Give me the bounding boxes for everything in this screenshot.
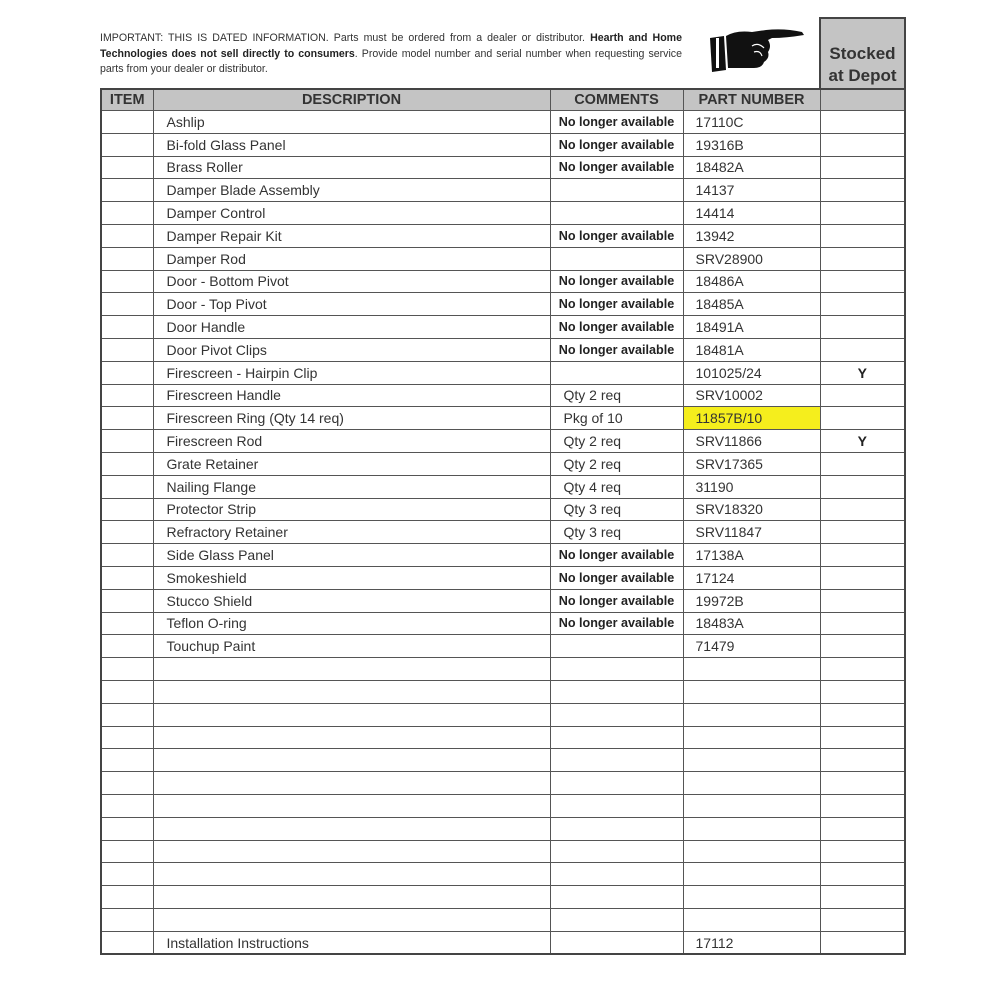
part-number-cell: 17112 [683, 931, 820, 954]
stocked-cell [820, 794, 905, 817]
description-cell: Brass Roller [153, 156, 550, 179]
item-cell [101, 202, 153, 225]
description-cell: Bi-fold Glass Panel [153, 133, 550, 156]
table-row: Firescreen Ring (Qty 14 req)Pkg of 10118… [101, 407, 905, 430]
table-row [101, 817, 905, 840]
stocked-cell [820, 908, 905, 931]
column-header-item: ITEM [101, 89, 153, 111]
stocked-cell [820, 407, 905, 430]
part-number-cell [683, 840, 820, 863]
table-row [101, 658, 905, 681]
item-cell [101, 407, 153, 430]
description-cell: Door Handle [153, 316, 550, 339]
comment-cell [550, 749, 683, 772]
table-row [101, 749, 905, 772]
description-cell: Nailing Flange [153, 475, 550, 498]
item-cell [101, 498, 153, 521]
part-number-cell: SRV10002 [683, 384, 820, 407]
table-row: Firescreen RodQty 2 reqSRV11866Y [101, 430, 905, 453]
comment-cell [550, 703, 683, 726]
stocked-cell [820, 384, 905, 407]
stocked-cell [820, 772, 905, 795]
description-cell: Teflon O-ring [153, 612, 550, 635]
table-row [101, 908, 905, 931]
part-number-cell: 31190 [683, 475, 820, 498]
table-row: AshlipNo longer available17110C [101, 111, 905, 134]
table-row: Refractory RetainerQty 3 reqSRV11847 [101, 521, 905, 544]
description-cell: Door - Bottom Pivot [153, 270, 550, 293]
stocked-cell [820, 338, 905, 361]
stocked-cell [820, 658, 905, 681]
notice-text: IMPORTANT: THIS IS DATED INFORMATION. Pa… [100, 32, 590, 44]
table-row [101, 886, 905, 909]
stocked-cell [820, 840, 905, 863]
item-cell [101, 931, 153, 954]
stocked-cell [820, 156, 905, 179]
item-cell [101, 111, 153, 134]
item-cell [101, 817, 153, 840]
description-cell: Protector Strip [153, 498, 550, 521]
table-row [101, 772, 905, 795]
table-row: Stucco ShieldNo longer available19972B [101, 589, 905, 612]
stocked-cell [820, 566, 905, 589]
description-cell [153, 886, 550, 909]
table-row: Teflon O-ringNo longer available18483A [101, 612, 905, 635]
item-cell [101, 224, 153, 247]
table-row: Bi-fold Glass PanelNo longer available19… [101, 133, 905, 156]
comment-cell [550, 179, 683, 202]
part-number-cell: 11857B/10 [683, 407, 820, 430]
description-cell [153, 658, 550, 681]
comment-cell [550, 680, 683, 703]
stocked-cell [820, 544, 905, 567]
item-cell [101, 566, 153, 589]
item-cell [101, 908, 153, 931]
pointing-hand-icon [706, 24, 806, 76]
item-cell [101, 886, 153, 909]
table-row: Nailing FlangeQty 4 req31190 [101, 475, 905, 498]
item-cell [101, 179, 153, 202]
item-cell [101, 338, 153, 361]
stocked-cell: Y [820, 430, 905, 453]
table-row [101, 840, 905, 863]
part-number-cell: 71479 [683, 635, 820, 658]
table-row: Door - Top PivotNo longer available18485… [101, 293, 905, 316]
table-row: Door Pivot ClipsNo longer available18481… [101, 338, 905, 361]
part-number-cell: 101025/24 [683, 361, 820, 384]
stocked-cell [820, 703, 905, 726]
part-number-cell: 13942 [683, 224, 820, 247]
part-number-cell: 14414 [683, 202, 820, 225]
description-cell [153, 703, 550, 726]
comment-cell: No longer available [550, 133, 683, 156]
comment-cell [550, 840, 683, 863]
part-number-cell: SRV17365 [683, 452, 820, 475]
description-cell [153, 680, 550, 703]
stocked-cell [820, 886, 905, 909]
item-cell [101, 749, 153, 772]
comment-cell: No longer available [550, 224, 683, 247]
table-row [101, 863, 905, 886]
stocked-cell [820, 475, 905, 498]
comment-cell: Qty 2 req [550, 384, 683, 407]
table-row: Firescreen HandleQty 2 reqSRV10002 [101, 384, 905, 407]
item-cell [101, 863, 153, 886]
description-cell: Firescreen Rod [153, 430, 550, 453]
table-row [101, 794, 905, 817]
comment-cell: Qty 2 req [550, 452, 683, 475]
table-row: Damper Control14414 [101, 202, 905, 225]
part-number-cell [683, 749, 820, 772]
stocked-cell [820, 863, 905, 886]
table-row: Grate RetainerQty 2 reqSRV17365 [101, 452, 905, 475]
stocked-cell [820, 316, 905, 339]
comment-cell: No longer available [550, 544, 683, 567]
table-row: Side Glass PanelNo longer available17138… [101, 544, 905, 567]
comment-cell: No longer available [550, 589, 683, 612]
comment-cell [550, 635, 683, 658]
stocked-cell [820, 293, 905, 316]
item-cell [101, 316, 153, 339]
description-cell [153, 794, 550, 817]
item-cell [101, 794, 153, 817]
part-number-cell [683, 908, 820, 931]
comment-cell: No longer available [550, 270, 683, 293]
stocked-cell [820, 726, 905, 749]
comment-cell: No longer available [550, 156, 683, 179]
comment-cell: Pkg of 10 [550, 407, 683, 430]
stocked-cell [820, 612, 905, 635]
comment-cell: Qty 3 req [550, 498, 683, 521]
description-cell [153, 726, 550, 749]
table-header-row: ITEM DESCRIPTION COMMENTS PART NUMBER [101, 89, 905, 111]
comment-cell: No longer available [550, 338, 683, 361]
item-cell [101, 612, 153, 635]
stocked-cell [820, 111, 905, 134]
item-cell [101, 680, 153, 703]
part-number-cell: SRV18320 [683, 498, 820, 521]
part-number-cell: 19316B [683, 133, 820, 156]
part-number-cell: 19972B [683, 589, 820, 612]
comment-cell [550, 658, 683, 681]
comment-cell [550, 794, 683, 817]
table-row: Damper Blade Assembly14137 [101, 179, 905, 202]
part-number-cell [683, 726, 820, 749]
comment-cell: Qty 4 req [550, 475, 683, 498]
part-number-cell [683, 794, 820, 817]
description-cell: Ashlip [153, 111, 550, 134]
part-number-cell: 17110C [683, 111, 820, 134]
stocked-cell [820, 202, 905, 225]
table-row [101, 680, 905, 703]
stocked-cell [820, 931, 905, 954]
stocked-cell [820, 749, 905, 772]
comment-cell: No longer available [550, 111, 683, 134]
item-cell [101, 430, 153, 453]
description-cell: Firescreen Handle [153, 384, 550, 407]
description-cell: Damper Control [153, 202, 550, 225]
item-cell [101, 703, 153, 726]
part-number-cell: 18486A [683, 270, 820, 293]
part-number-cell [683, 680, 820, 703]
comment-cell [550, 726, 683, 749]
column-header-comments: COMMENTS [550, 89, 683, 111]
part-number-cell [683, 772, 820, 795]
table-row: Touchup Paint71479 [101, 635, 905, 658]
part-number-cell: SRV28900 [683, 247, 820, 270]
description-cell: Damper Blade Assembly [153, 179, 550, 202]
part-number-cell: 17138A [683, 544, 820, 567]
column-header-part-number: PART NUMBER [683, 89, 820, 111]
table-row: Firescreen - Hairpin Clip101025/24Y [101, 361, 905, 384]
stocked-cell [820, 247, 905, 270]
part-number-cell [683, 703, 820, 726]
part-number-cell: 18483A [683, 612, 820, 635]
column-header-stocked-spacer [820, 89, 905, 111]
description-cell: Door Pivot Clips [153, 338, 550, 361]
comment-cell [550, 863, 683, 886]
table-row [101, 703, 905, 726]
description-cell: Door - Top Pivot [153, 293, 550, 316]
description-cell: Stucco Shield [153, 589, 550, 612]
item-cell [101, 247, 153, 270]
comment-cell: Qty 3 req [550, 521, 683, 544]
dated-information-notice: IMPORTANT: THIS IS DATED INFORMATION. Pa… [100, 31, 682, 78]
item-cell [101, 452, 153, 475]
description-cell [153, 817, 550, 840]
description-cell: Refractory Retainer [153, 521, 550, 544]
comment-cell: No longer available [550, 316, 683, 339]
stocked-cell [820, 521, 905, 544]
stocked-cell [820, 817, 905, 840]
item-cell [101, 635, 153, 658]
column-header-description: DESCRIPTION [153, 89, 550, 111]
item-cell [101, 270, 153, 293]
part-number-cell: SRV11866 [683, 430, 820, 453]
description-cell: Smokeshield [153, 566, 550, 589]
comment-cell: No longer available [550, 612, 683, 635]
table-row [101, 726, 905, 749]
part-number-cell: 18482A [683, 156, 820, 179]
comment-cell: Qty 2 req [550, 430, 683, 453]
item-cell [101, 840, 153, 863]
comment-cell [550, 931, 683, 954]
description-cell [153, 863, 550, 886]
part-number-cell [683, 658, 820, 681]
stocked-cell: Y [820, 361, 905, 384]
comment-cell [550, 361, 683, 384]
description-cell [153, 908, 550, 931]
parts-table-body: AshlipNo longer available17110CBi-fold G… [101, 111, 905, 955]
table-row: Brass RollerNo longer available18482A [101, 156, 905, 179]
part-number-cell: 18491A [683, 316, 820, 339]
description-cell: Firescreen - Hairpin Clip [153, 361, 550, 384]
item-cell [101, 589, 153, 612]
description-cell: Installation Instructions [153, 931, 550, 954]
description-cell [153, 772, 550, 795]
comment-cell: No longer available [550, 566, 683, 589]
description-cell: Damper Rod [153, 247, 550, 270]
part-number-cell: 18481A [683, 338, 820, 361]
table-row: Damper RodSRV28900 [101, 247, 905, 270]
comment-cell [550, 202, 683, 225]
parts-table: ITEM DESCRIPTION COMMENTS PART NUMBER As… [100, 88, 906, 955]
comment-cell [550, 772, 683, 795]
stocked-cell [820, 589, 905, 612]
stocked-cell [820, 498, 905, 521]
table-row: Damper Repair KitNo longer available1394… [101, 224, 905, 247]
item-cell [101, 293, 153, 316]
description-cell: Side Glass Panel [153, 544, 550, 567]
description-cell: Damper Repair Kit [153, 224, 550, 247]
item-cell [101, 772, 153, 795]
comment-cell [550, 247, 683, 270]
item-cell [101, 726, 153, 749]
table-row: Protector StripQty 3 reqSRV18320 [101, 498, 905, 521]
part-number-cell [683, 817, 820, 840]
part-number-cell [683, 863, 820, 886]
stocked-cell [820, 224, 905, 247]
comment-cell [550, 886, 683, 909]
part-number-cell [683, 886, 820, 909]
item-cell [101, 475, 153, 498]
stocked-cell [820, 133, 905, 156]
item-cell [101, 133, 153, 156]
comment-cell [550, 908, 683, 931]
table-row: Installation Instructions17112 [101, 931, 905, 954]
stocked-cell [820, 452, 905, 475]
stocked-cell [820, 270, 905, 293]
stocked-cell [820, 179, 905, 202]
stocked-cell [820, 680, 905, 703]
item-cell [101, 544, 153, 567]
table-row: Door HandleNo longer available18491A [101, 316, 905, 339]
stocked-cell [820, 635, 905, 658]
part-number-cell: 14137 [683, 179, 820, 202]
description-cell: Touchup Paint [153, 635, 550, 658]
part-number-cell: 17124 [683, 566, 820, 589]
table-row: Door - Bottom PivotNo longer available18… [101, 270, 905, 293]
description-cell [153, 840, 550, 863]
description-cell: Grate Retainer [153, 452, 550, 475]
comment-cell: No longer available [550, 293, 683, 316]
comment-cell [550, 817, 683, 840]
part-number-cell: 18485A [683, 293, 820, 316]
item-cell [101, 658, 153, 681]
part-number-cell: SRV11847 [683, 521, 820, 544]
description-cell: Firescreen Ring (Qty 14 req) [153, 407, 550, 430]
table-row: SmokeshieldNo longer available17124 [101, 566, 905, 589]
item-cell [101, 384, 153, 407]
item-cell [101, 521, 153, 544]
item-cell [101, 361, 153, 384]
item-cell [101, 156, 153, 179]
description-cell [153, 749, 550, 772]
